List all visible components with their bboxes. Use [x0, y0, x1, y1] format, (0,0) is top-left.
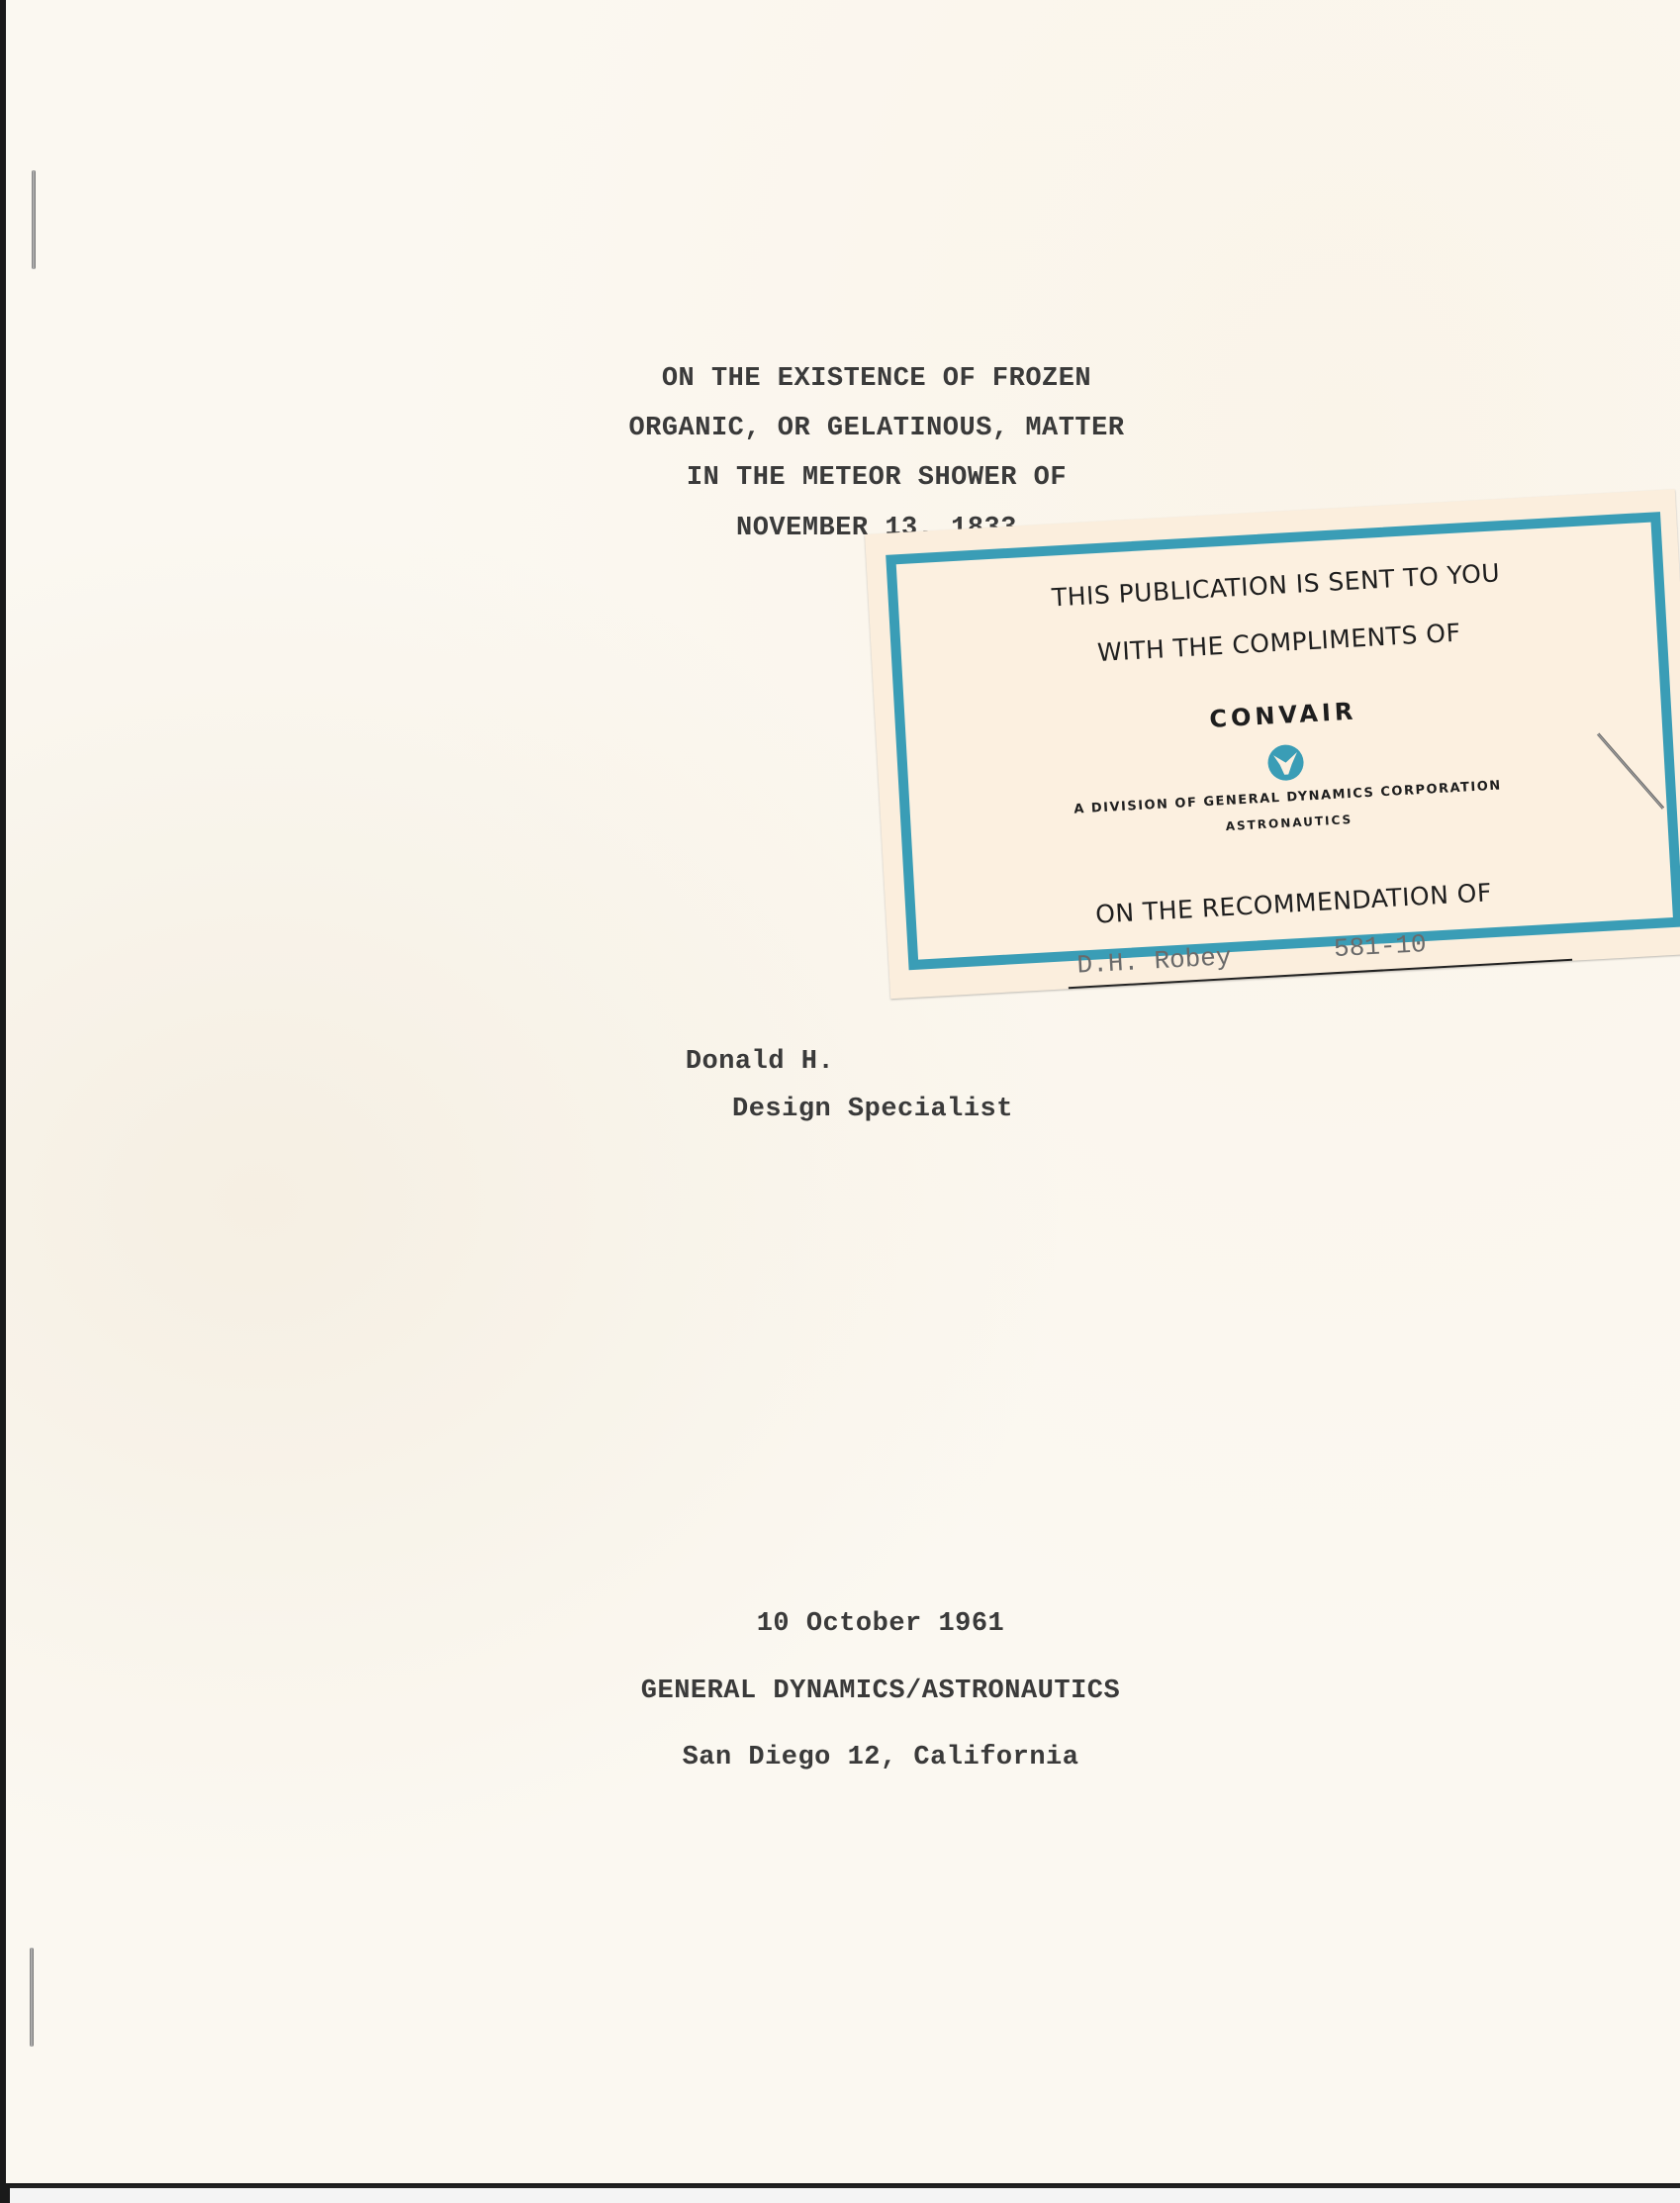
card-line-2: WITH THE COMPLIMENTS OF: [901, 607, 1657, 678]
recommender-code: 581-10: [1333, 929, 1427, 964]
organization: GENERAL DYNAMICS/ASTRONAUTICS: [10, 1676, 1680, 1706]
title-line-3: IN THE METEOR SHOWER OF: [6, 463, 1680, 493]
scan-edge: [10, 2185, 1680, 2203]
convair-bird-emblem-icon: [1267, 744, 1305, 782]
title-line-1: ON THE EXISTENCE OF FROZEN: [6, 364, 1680, 394]
document-page: ON THE EXISTENCE OF FROZEN ORGANIC, OR G…: [6, 0, 1680, 2183]
author-title: Design Specialist: [2, 1095, 1680, 1124]
recommender-name: D.H. Robey: [1076, 942, 1232, 981]
staple-bottom-icon: [30, 1948, 34, 2047]
compliments-card: THIS PUBLICATION IS SENT TO YOU WITH THE…: [865, 489, 1680, 999]
card-brand: CONVAIR: [905, 680, 1661, 750]
card-line-1: THIS PUBLICATION IS SENT TO YOU: [897, 550, 1653, 622]
document-date: 10 October 1961: [10, 1609, 1680, 1639]
location: San Diego 12, California: [10, 1743, 1680, 1772]
title-line-2: ORGANIC, OR GELATINOUS, MATTER: [6, 414, 1680, 443]
card-recommendation-label: ON THE RECOMMENDATION OF: [915, 868, 1671, 939]
staple-top-icon: [32, 170, 36, 269]
card-border: THIS PUBLICATION IS SENT TO YOU WITH THE…: [886, 512, 1680, 970]
author-name: Donald H.: [0, 1047, 1631, 1077]
